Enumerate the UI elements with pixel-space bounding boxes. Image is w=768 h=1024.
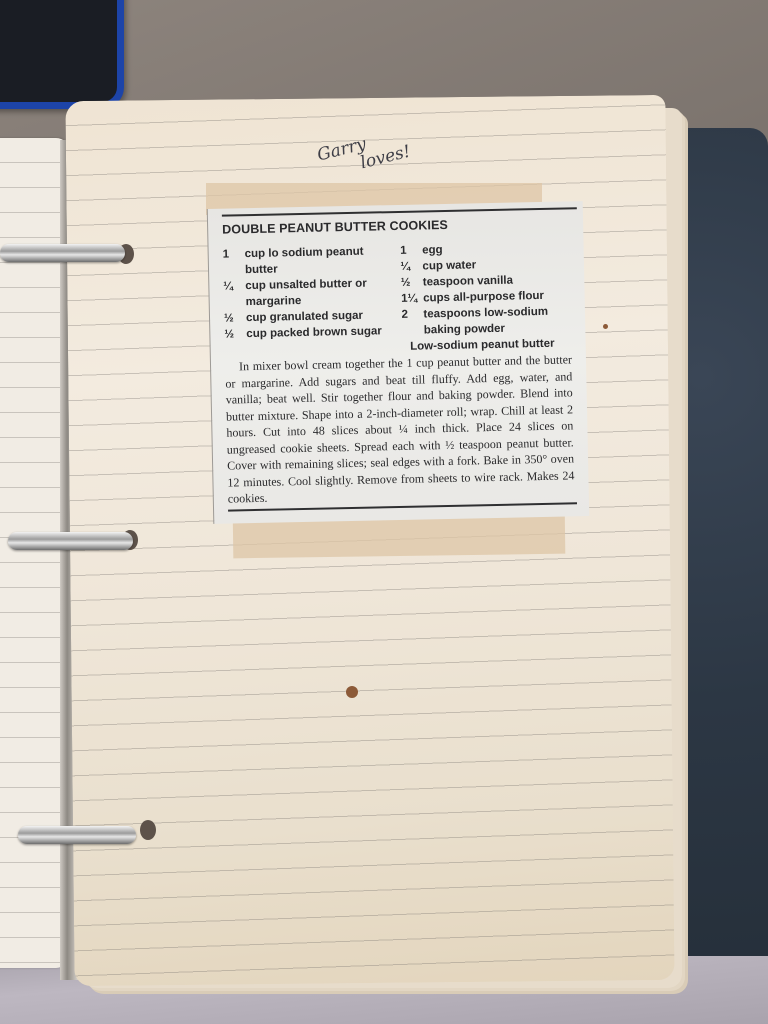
recipe-clipping: DOUBLE PEANUT BUTTER COOKIES 1cup lo sod… [207, 201, 590, 524]
ingredient-qty: 2 [401, 306, 424, 338]
top-rule [222, 207, 577, 216]
ingredient-qty: 1 [400, 242, 422, 258]
ingredient: 2teaspoons low-sodium baking powder [401, 303, 573, 339]
ingredient-item: cup lo sodium peanut butter [245, 243, 395, 278]
ingredient-item: cup unsalted butter or margarine [245, 275, 395, 310]
method-text: In mixer bowl cream together the 1 cup p… [225, 352, 574, 505]
ingredient-qty: ¼ [400, 258, 422, 274]
ingredient-qty: ¼ [223, 278, 246, 310]
phone [0, 0, 124, 109]
ingredient-item: cup water [422, 257, 476, 274]
ingredient-item: teaspoon vanilla [423, 273, 513, 291]
ingredients-left: 1cup lo sodium peanut butter ¼cup unsalt… [223, 243, 397, 359]
ingredient-item: cup packed brown sugar [246, 323, 382, 342]
stain-spot [603, 324, 608, 329]
ingredient-qty: ½ [401, 274, 423, 290]
punch-hole [140, 820, 156, 840]
binder-ring-bottom [18, 826, 136, 844]
stain-spot [346, 686, 358, 698]
ingredient-qty: 1¼ [401, 290, 423, 306]
ingredients: 1cup lo sodium peanut butter ¼cup unsalt… [223, 239, 574, 358]
ingredient-item: teaspoons low-sodium baking powder [423, 303, 573, 338]
ingredient: ¼cup unsalted butter or margarine [223, 275, 395, 311]
ingredient: ½cup packed brown sugar [224, 323, 396, 343]
recipe-title: DOUBLE PEANUT BUTTER COOKIES [222, 215, 571, 236]
recipe-method: In mixer bowl cream together the 1 cup p… [225, 351, 577, 507]
ingredient-item: egg [422, 242, 443, 258]
ingredient-qty: 1 [223, 246, 246, 278]
ingredient-qty: ½ [224, 310, 246, 326]
ingredient: 1cup lo sodium peanut butter [223, 243, 395, 279]
ingredients-right: 1egg ¼cup water ½teaspoon vanilla 1¼cups… [394, 239, 574, 355]
binder-ring-middle [8, 532, 133, 550]
binder-ring-top [0, 244, 125, 262]
ingredient-qty: ½ [224, 326, 246, 342]
